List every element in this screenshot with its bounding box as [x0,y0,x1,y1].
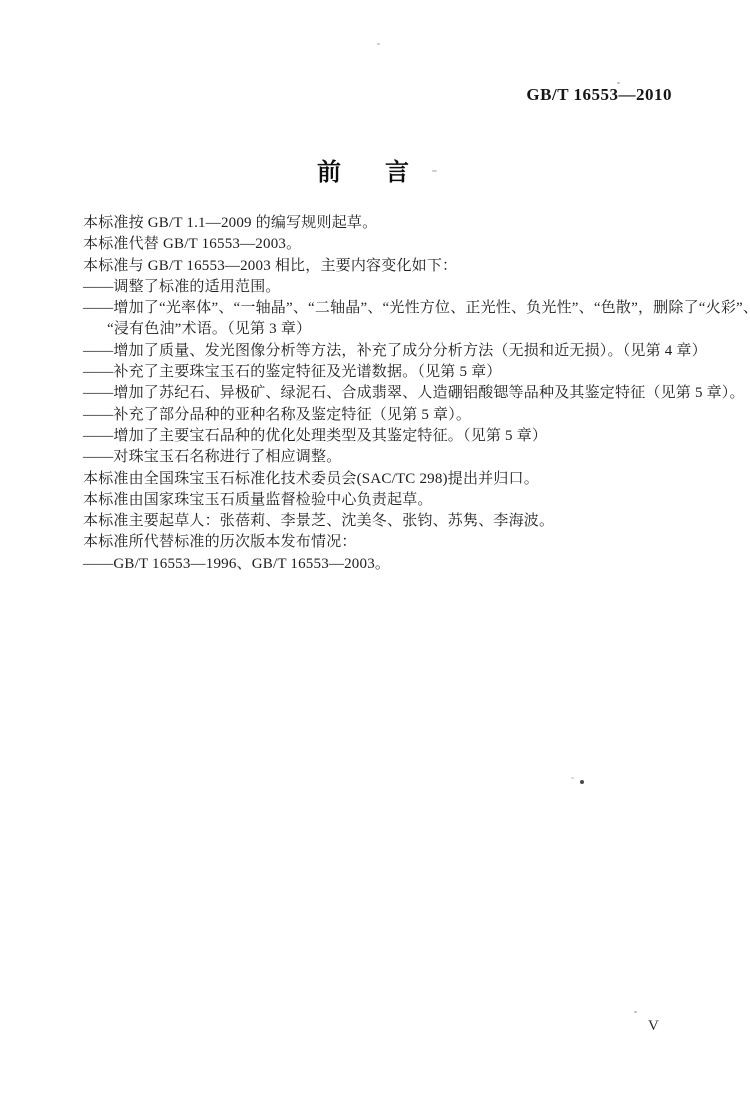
text-line: “浸有色油”术语。（见第 3 章） [83,319,703,340]
text-line: ——增加了主要宝石品种的优化处理类型及其鉴定特征。（见第 5 章） [83,426,703,447]
text-line: 本标准按 GB/T 1.1—2009 的编写规则起草。 [83,213,703,234]
text-line: ——增加了苏纪石、异极矿、绿泥石、合成翡翠、人造硼铝酸锶等品种及其鉴定特征（见第… [83,383,703,404]
standard-number-header: GB/T 16553—2010 [526,85,672,105]
title-char-yan: 言 [385,160,409,186]
foreword-body: 本标准按 GB/T 1.1—2009 的编写规则起草。 本标准代替 GB/T 1… [83,213,703,575]
text-line: ——补充了主要珠宝玉石的鉴定特征及光谱数据。（见第 5 章） [83,362,703,383]
text-line: ——对珠宝玉石名称进行了相应调整。 [83,447,703,468]
text-line: ——GB/T 16553—1996、GB/T 16553—2003。 [83,554,703,575]
text-line: 本标准代替 GB/T 16553—2003。 [83,234,703,255]
text-line: ——调整了标准的适用范围。 [83,277,703,298]
scan-speck [580,780,584,784]
scan-speck [571,777,574,779]
scan-speck [634,1011,637,1013]
text-line: 本标准由国家珠宝玉石质量监督检验中心负责起草。 [83,490,703,511]
text-line: 本标准所代替标准的历次版本发布情况： [83,532,703,553]
text-line: ——增加了质量、发光图像分析等方法，补充了成分分析方法（无损和近无损）。（见第 … [83,341,703,362]
document-page: GB/T 16553—2010 前言 本标准按 GB/T 1.1—2009 的编… [0,0,750,1095]
text-line: ——补充了部分品种的亚种名称及鉴定特征（见第 5 章）。 [83,405,703,426]
text-line: 本标准由全国珠宝玉石标准化技术委员会(SAC/TC 298)提出并归口。 [83,469,703,490]
text-line: ——增加了“光率体”、“一轴晶”、“二轴晶”、“光性方位、正光性、负光性”、“色… [83,298,703,319]
page-title: 前言 [0,152,738,187]
scan-speck [617,82,620,84]
title-char-qian: 前 [317,160,341,186]
scan-speck [377,43,380,45]
text-line: 本标准主要起草人：张蓓莉、李景芝、沈美冬、张钧、苏隽、李海波。 [83,511,703,532]
page-number: V [648,1018,659,1035]
text-line: 本标准与 GB/T 16553—2003 相比，主要内容变化如下： [83,256,703,277]
